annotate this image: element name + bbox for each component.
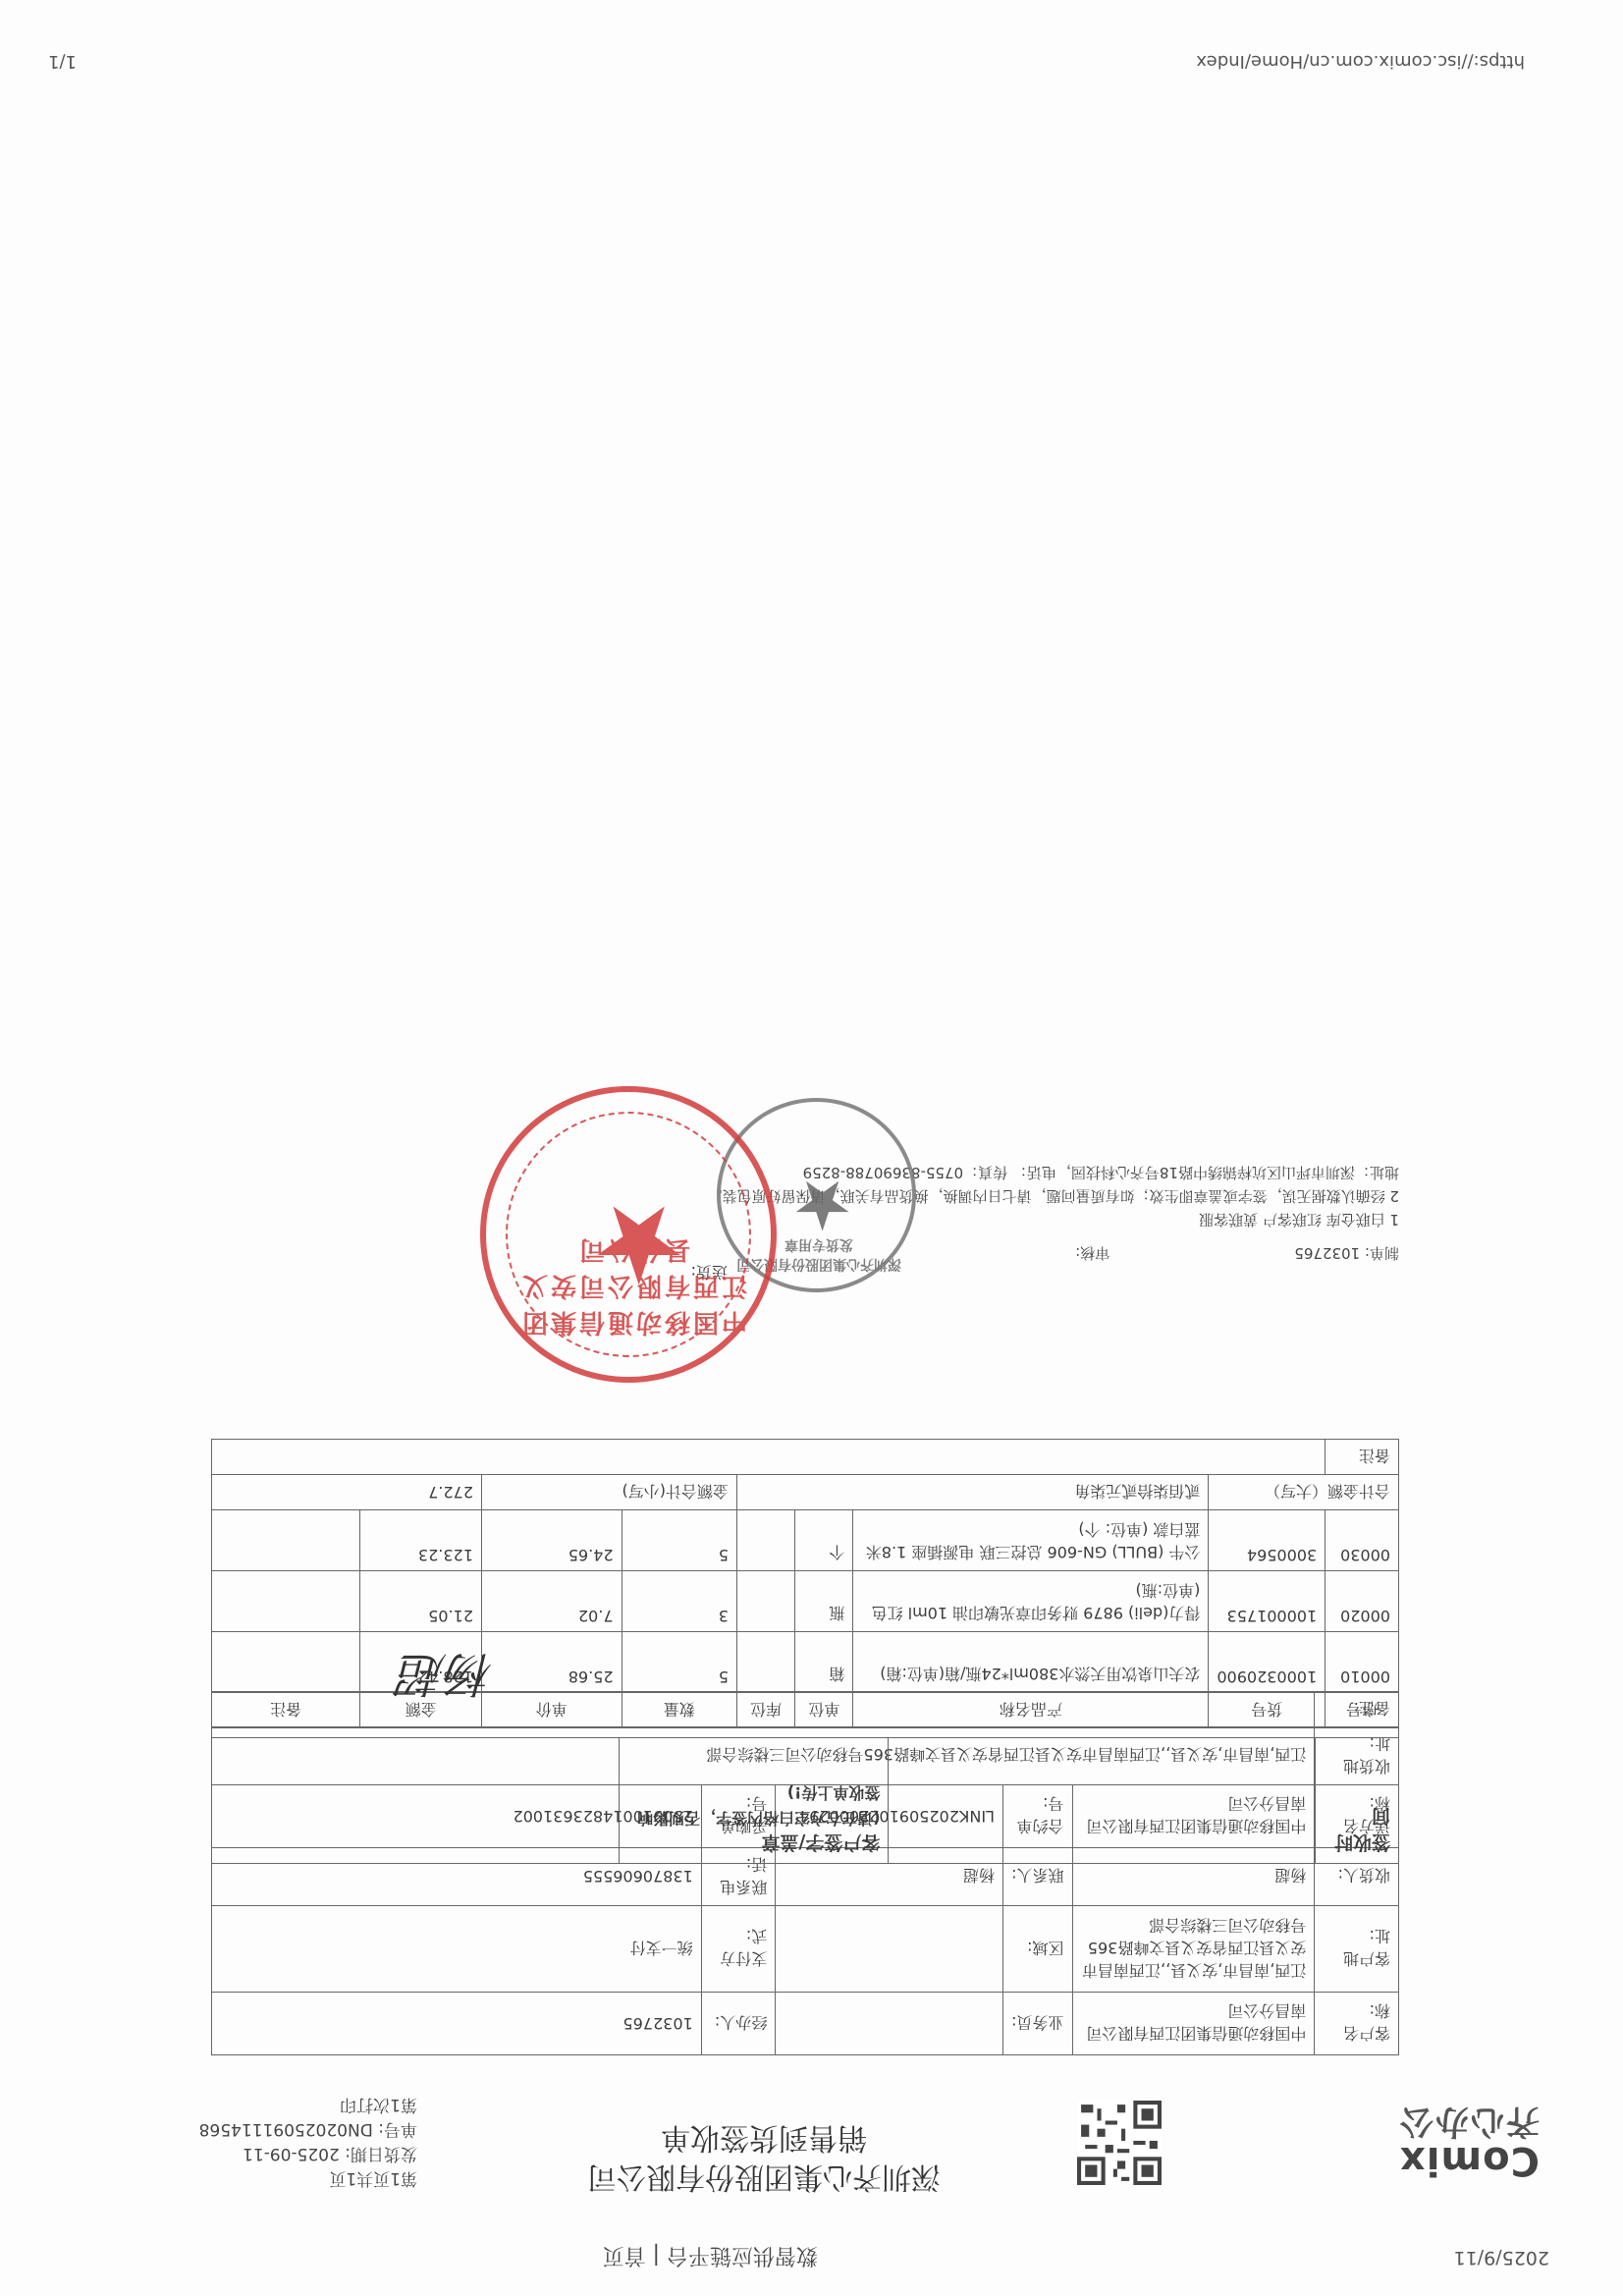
column-header: 单位 [795,1693,853,1728]
items-header-row: 序号货号产品名称单位库位数量单价金额备注 [212,1693,1399,1728]
cell-remark [212,1510,361,1571]
row-customer-name: 客户名称: 中国移动通信集团江西有限公司南昌分公司 业务员: 经办人: 1032… [212,1993,1399,2055]
total-upper: 贰佰柒拾贰元柒角 [737,1475,1209,1510]
cell-remark [212,1571,361,1632]
star-icon: ★ [791,1171,853,1239]
sign-time-label: 签收时间 [1316,1738,1399,1864]
print-date: 2025/9/11 [1454,2247,1549,2269]
print-count: 第1次打印 [199,2092,417,2116]
column-header: 序号 [1325,1693,1399,1728]
cell-location [737,1510,795,1571]
cell-location [737,1632,795,1693]
total-row: 合计金额（大写） 贰佰柒拾贰元柒角 金额合计(小写) 272.7 [212,1475,1399,1510]
cell-price: 24.65 [481,1510,622,1571]
receipt-title: 销售到货签收单 [509,2117,1019,2157]
customer-sign-note: (请在右方空白格内签字，否则影响签收单上传!) [627,1779,881,1831]
table-row: 000303000564公牛 (BULL) GN-606 总控三联 电源插座 1… [212,1510,1399,1571]
scanned-receipt-page: 2025/9/11 数智供应链平台 | 首页 Comix 齐心办公 深圳齐心集团… [0,0,1623,2296]
table-row: 00020100001753得力(deli) 9879 财务印章光敏印油 10m… [212,1571,1399,1632]
cell-sku: 1000320900 [1209,1632,1325,1693]
receipt-meta: 第1页共1页 发货日期: 2025-09-11 单号: DN0202509111… [199,2092,417,2190]
column-header: 库位 [737,1693,795,1728]
column-header: 产品名称 [853,1693,1209,1728]
cell-unit: 瓶 [795,1571,853,1632]
payment-method: 统一支付 [212,1906,702,1993]
items-remark-row: 备注 [212,1440,1399,1475]
cell-unit: 个 [795,1510,853,1571]
column-header: 数量 [622,1693,736,1728]
company-name: 深圳齐心集团股份有限公司 [509,2157,1019,2196]
site-title: 数智供应链平台 | 首页 [603,2242,818,2272]
signoff-table: 签收时间 客户签字/盖章 (请在右方空白格内签字，否则影响签收单上传!) [211,1737,1399,1864]
row-customer-address: 客户地址: 江西,南昌市,安义县,,江西南昌市安义县江西省安义县文峰路365号移… [212,1906,1399,1993]
customer-stamp-red: 中国移动通信集团江西有限公司安义县分公司 ★ [480,1086,777,1383]
column-header: 货号 [1209,1693,1325,1728]
items-remark-label: 备注 [1325,1440,1399,1475]
signature-area[interactable] [212,1738,620,1864]
qr-code-icon [1077,2094,1162,2192]
cell-qty: 5 [622,1632,736,1693]
items-table: 序号货号产品名称单位库位数量单价金额备注 000101000320900农夫山泉… [211,1439,1399,1728]
sign-time-field[interactable] [889,1738,1316,1864]
region [776,1906,1003,1993]
column-header: 备注 [212,1693,361,1728]
cell-sku: 3000564 [1209,1510,1325,1571]
cell-name: 农夫山泉饮用天然水380ml*24瓶/箱(单位:箱) [853,1632,1209,1693]
customer-sign-title: 客户签字/盖章 [627,1831,881,1857]
comix-logo: Comix 齐心办公 [1382,2102,1540,2180]
document-title: 深圳齐心集团股份有限公司 销售到货签收单 [509,2117,1019,2196]
maker: 1032765 [1294,1241,1360,1265]
cell-unit: 箱 [795,1632,853,1693]
column-header: 单价 [481,1693,622,1728]
order-number: 单号: DN02025091114568 [199,2116,417,2141]
cell-price: 7.02 [481,1571,622,1632]
table-row: 000101000320900农夫山泉饮用天然水380ml*24瓶/箱(单位:箱… [212,1632,1399,1693]
cell-seq: 00030 [1325,1510,1399,1571]
total-lower: 272.7 [212,1475,482,1510]
page-indicator: 1/1 [48,51,77,72]
total-lower-label: 金额合计(小写) [481,1475,736,1510]
cell-name: 得力(deli) 9879 财务印章光敏印油 10ml 红色 (单位:瓶) [853,1571,1209,1632]
total-upper-label: 合计金额（大写） [1209,1475,1399,1510]
cell-amount: 21.05 [360,1571,481,1632]
page-info: 第1页共1页 [199,2165,417,2190]
handler: 1032765 [212,1993,702,2055]
customer-address: 江西,南昌市,安义县,,江西南昌市安义县江西省安义县文峰路365号移动公司三楼综… [1072,1906,1315,1993]
cell-location [737,1571,795,1632]
handwritten-signature: 杨超 [400,1644,494,1712]
cell-qty: 5 [622,1510,736,1571]
salesman [776,1993,1003,2055]
brand-cn: 齐心办公 [1382,2102,1540,2141]
cell-seq: 00020 [1325,1571,1399,1632]
star-icon: ★ [590,1190,687,1298]
cell-seq: 00010 [1325,1632,1399,1693]
ship-date: 发货日期: 2025-09-11 [199,2141,417,2165]
cell-qty: 3 [622,1571,736,1632]
cell-sku: 100001753 [1209,1571,1325,1632]
page-url: https://isc.comix.com.cn/Home/Index [1196,51,1525,72]
cell-price: 25.68 [481,1632,622,1693]
cell-remark [212,1632,361,1693]
cell-name: 公牛 (BULL) GN-606 总控三联 电源插座 1.8米 蓝白款 (单位:… [853,1510,1209,1571]
items-remark [212,1440,1325,1475]
brand-en: Comix [1382,2141,1540,2180]
cell-amount: 123.23 [360,1510,481,1571]
customer-name: 中国移动通信集团江西有限公司南昌分公司 [1072,1993,1315,2055]
